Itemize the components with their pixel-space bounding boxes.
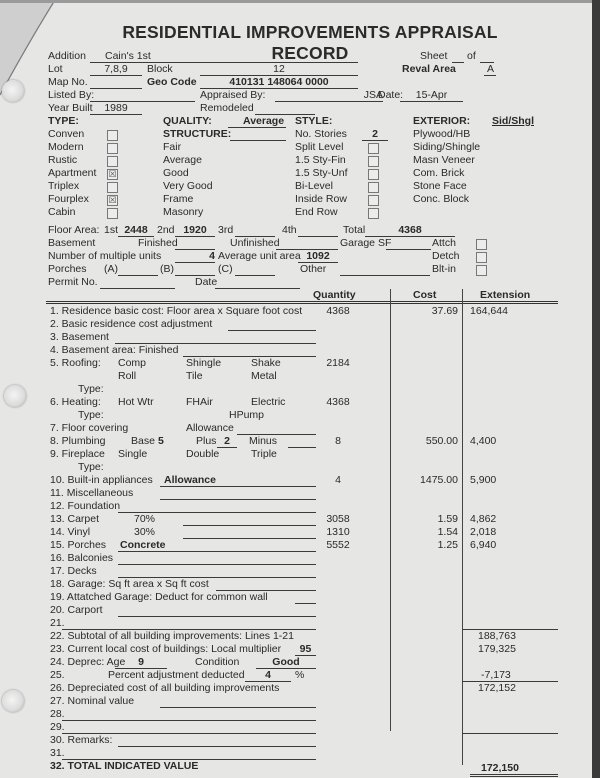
structure-masonry: Masonry — [163, 206, 203, 218]
line-13-quantity[interactable]: 3058 — [318, 513, 358, 525]
exterior-plywood: Plywood/HB — [413, 128, 470, 140]
first-floor-value[interactable]: 2448 — [118, 224, 154, 236]
plumbing-base-label: Base — [131, 435, 155, 447]
line-14-cost[interactable]: 1.54 — [400, 526, 458, 538]
line-6-quantity[interactable]: 4368 — [318, 396, 358, 408]
detch-label: Detch — [432, 250, 459, 262]
line-14-extension: 2,018 — [470, 526, 496, 538]
line-14-label: 14. Vinyl — [50, 526, 90, 538]
line-26-extension: 172,152 — [478, 682, 516, 694]
punch-hole-icon — [4, 385, 26, 407]
line-30-label: 30. Remarks: — [50, 734, 112, 746]
type-rustic-label: Rustic — [48, 154, 77, 166]
addition-label: Addition — [48, 50, 86, 62]
structure-frame: Frame — [163, 193, 193, 205]
third-floor-label: 3rd — [218, 224, 233, 236]
quality-average: Average — [163, 154, 202, 166]
sty-unf-checkbox[interactable] — [368, 169, 379, 180]
block-label: Block — [147, 63, 173, 75]
line-8-label: 8. Plumbing — [50, 435, 105, 447]
line-1-extension: 164,644 — [470, 305, 508, 317]
line-21-label: 21. — [50, 617, 65, 629]
heat-electric: Electric — [251, 396, 285, 408]
exterior-value[interactable]: Sid/Shgl — [492, 115, 534, 127]
type-apartment-checkbox[interactable]: ☒ — [107, 169, 118, 180]
percent-sign: % — [295, 669, 304, 681]
floor-allowance: Allowance — [186, 422, 234, 434]
type-apartment-label: Apartment — [48, 167, 96, 179]
plumbing-plus-label: Plus — [196, 435, 216, 447]
second-floor-label: 2nd — [157, 224, 175, 236]
line-25-label: 25. — [50, 669, 65, 681]
bltin-checkbox[interactable] — [476, 265, 487, 276]
exterior-masn-veneer: Masn Veneer — [413, 154, 475, 166]
avg-unit-label: Average unit area — [218, 250, 301, 262]
roof-tile: Tile — [186, 370, 203, 382]
geo-code-value[interactable]: 410131 148064 0000 — [200, 76, 358, 88]
condition-label: Condition — [195, 656, 239, 668]
line-28-label: 28. — [50, 708, 65, 720]
finished-label: Finished — [138, 237, 178, 249]
local-multiplier-value[interactable]: 95 — [295, 643, 316, 655]
line-10-extension: 5,900 — [470, 474, 496, 486]
style-15-unf: 1.5 Sty-Unf — [295, 167, 348, 179]
type-cabin-label: Cabin — [48, 206, 75, 218]
roof-shake: Shake — [251, 357, 281, 369]
line-29-label: 29. — [50, 721, 65, 733]
appraisal-form-page: RESIDENTIAL IMPROVEMENTS APPRAISAL RECOR… — [0, 0, 592, 778]
line-17-label: 17. Decks — [50, 565, 97, 577]
quality-value[interactable]: Average — [243, 115, 284, 127]
avg-unit-value[interactable]: 1092 — [298, 250, 338, 262]
quality-label: QUALITY: — [163, 115, 212, 127]
roof-roll: Roll — [118, 370, 136, 382]
year-built-label: Year Built — [48, 102, 93, 114]
type-cabin-checkbox[interactable] — [107, 208, 118, 219]
second-floor-value[interactable]: 1920 — [175, 224, 215, 236]
lot-value[interactable]: 7,8,9 — [90, 63, 142, 75]
extension-header: Extension — [480, 289, 530, 301]
sheet-label: Sheet — [420, 50, 447, 62]
floor-area-label: Floor Area: — [48, 224, 99, 236]
line-15-extension: 6,940 — [470, 539, 496, 551]
total-indicated-value: 172,150 — [481, 762, 519, 774]
end-row-checkbox[interactable] — [368, 208, 379, 219]
remodeled-label: Remodeled — [200, 102, 254, 114]
permit-label: Permit No. — [48, 276, 98, 288]
exterior-conc-block: Conc. Block — [413, 193, 469, 205]
line-13-extension: 4,862 — [470, 513, 496, 525]
type-modern-checkbox[interactable] — [107, 143, 118, 154]
heat-type-label: Type: — [78, 409, 104, 421]
total-floor-value[interactable]: 4368 — [365, 224, 455, 236]
addition-value[interactable]: Cain's 1st — [105, 50, 151, 62]
line-15-quantity[interactable]: 5552 — [318, 539, 358, 551]
style-label: STYLE: — [295, 115, 332, 127]
style-bi-level: Bi-Level — [295, 180, 333, 192]
style-split-level: Split Level — [295, 141, 343, 153]
line-5-quantity[interactable]: 2184 — [318, 357, 358, 369]
roof-type-label: Type: — [78, 383, 104, 395]
line-18-label: 18. Garage: Sq ft area x Sq ft cost — [50, 578, 209, 590]
type-fourplex-checkbox[interactable]: ☒ — [107, 195, 118, 206]
line-8-cost[interactable]: 550.00 — [400, 435, 458, 447]
heat-hotwtr: Hot Wtr — [118, 396, 154, 408]
style-15-fin: 1.5 Sty-Fin — [295, 154, 346, 166]
deprec-age-value[interactable]: 9 — [115, 656, 167, 668]
type-triplex-label: Triplex — [48, 180, 79, 192]
line-23-label: 23. Current local cost of buildings: Loc… — [50, 643, 281, 655]
line-27-label: 27. Nominal value — [50, 695, 134, 707]
line-15-value[interactable]: Concrete — [120, 539, 166, 551]
porches-label: Porches — [48, 263, 87, 275]
line-5-label: 5. Roofing: — [50, 357, 101, 369]
attch-checkbox[interactable] — [476, 239, 487, 250]
reval-area-label: Reval Area — [402, 63, 456, 75]
total-floor-label: Total — [343, 224, 365, 236]
roof-comp: Comp — [118, 357, 146, 369]
block-value[interactable]: 12 — [200, 63, 358, 75]
lot-label: Lot — [48, 63, 63, 75]
vinyl-percent: 30% — [134, 526, 155, 538]
form-title: RESIDENTIAL IMPROVEMENTS APPRAISAL RECOR… — [100, 22, 520, 64]
reval-area-value[interactable]: A — [487, 63, 494, 75]
exterior-siding: Siding/Shingle — [413, 141, 480, 153]
plumbing-plus-value[interactable]: 2 — [217, 435, 237, 447]
line-15-label: 15. Porches — [50, 539, 106, 551]
line-13-cost[interactable]: 1.59 — [400, 513, 458, 525]
condition-value[interactable]: Good — [256, 656, 316, 668]
porch-b-label: (B) — [160, 263, 174, 275]
fireplace-single: Single — [118, 448, 147, 460]
year-built-value[interactable]: 1989 — [90, 102, 142, 114]
line-22-label: 22. Subtotal of all building improvement… — [50, 630, 294, 642]
type-modern-label: Modern — [48, 141, 84, 153]
map-no-label: Map No. — [48, 76, 88, 88]
line-15-cost[interactable]: 1.25 — [400, 539, 458, 551]
other-label: Other — [300, 263, 326, 275]
line-9-label: 9. Fireplace — [50, 448, 105, 460]
of-label: of — [467, 50, 476, 62]
line-7-label: 7. Floor covering — [50, 422, 128, 434]
line-19-label: 19. Attatched Garage: Deduct for common … — [50, 591, 268, 603]
line-11-label: 11. Miscellaneous — [50, 487, 133, 499]
plumbing-base-value[interactable]: 5 — [158, 435, 164, 447]
exterior-com-brick: Com. Brick — [413, 167, 464, 179]
carpet-percent: 70% — [134, 513, 155, 525]
line-10-cost[interactable]: 1475.00 — [400, 474, 458, 486]
attch-label: Attch — [432, 237, 456, 249]
heat-hpump: HPump — [229, 409, 264, 421]
geo-code-label: Geo Code — [147, 76, 197, 88]
appraised-by-label: Appraised By: — [200, 89, 265, 101]
percent-adjustment-label: Percent adjustment deducted — [108, 669, 245, 681]
permit-date-label: Date — [195, 276, 217, 288]
exterior-label: EXTERIOR: — [413, 115, 470, 127]
line-10-quantity[interactable]: 4 — [318, 474, 358, 486]
line-8-quantity[interactable]: 8 — [318, 435, 358, 447]
type-conven-checkbox[interactable] — [107, 130, 118, 141]
first-floor-label: 1st — [104, 224, 118, 236]
line-23-extension: 179,325 — [478, 643, 516, 655]
quantity-header: Quantity — [313, 289, 356, 301]
porch-c-label: (C) — [218, 263, 233, 275]
quality-good: Good — [163, 167, 189, 179]
line-20-label: 20. Carport — [50, 604, 103, 616]
basement-label: Basement — [48, 237, 95, 249]
line-10-label: 10. Built-in appliances — [50, 474, 153, 486]
heat-fhair: FHAir — [186, 396, 213, 408]
line-8-extension: 4,400 — [470, 435, 496, 447]
line-31-label: 31. — [50, 747, 65, 759]
fourth-floor-label: 4th — [282, 224, 297, 236]
line-13-label: 13. Carpet — [50, 513, 99, 525]
line-3-label: 3. Basement — [50, 331, 109, 343]
stories-label: No. Stories — [295, 128, 347, 140]
line-1-label: 1. Residence basic cost: Floor area x Sq… — [50, 305, 302, 317]
sty-fin-checkbox[interactable] — [368, 156, 379, 167]
listed-by-label: Listed By: — [48, 89, 94, 101]
roof-metal: Metal — [251, 370, 277, 382]
line-25-extension: -7,173 — [481, 669, 511, 681]
fireplace-triple: Triple — [251, 448, 277, 460]
style-end-row: End Row — [295, 206, 338, 218]
bltin-label: Blt-in — [432, 263, 456, 275]
punch-hole-icon — [2, 80, 24, 102]
type-label: TYPE: — [48, 115, 79, 127]
structure-label: STRUCTURE: — [163, 128, 231, 140]
units-label: Number of multiple units — [48, 250, 161, 262]
line-32-label: 32. TOTAL INDICATED VALUE — [50, 760, 198, 772]
roof-shingle: Shingle — [186, 357, 221, 369]
type-fourplex-label: Fourplex — [48, 193, 89, 205]
style-inside-row: Inside Row — [295, 193, 347, 205]
page-top-edge — [0, 0, 600, 3]
unfinished-label: Unfinished — [230, 237, 280, 249]
punch-hole-icon — [2, 690, 24, 712]
split-level-checkbox[interactable] — [368, 143, 379, 154]
date-value[interactable]: 15-Apr — [400, 89, 463, 101]
inside-row-checkbox[interactable] — [368, 195, 379, 206]
line-12-label: 12. Foundation — [50, 500, 120, 512]
quality-fair: Fair — [163, 141, 181, 153]
fireplace-type-label: Type: — [78, 461, 104, 473]
type-triplex-checkbox[interactable] — [107, 182, 118, 193]
line-1-quantity[interactable]: 4368 — [318, 305, 358, 317]
plumbing-minus-label: Minus — [249, 435, 277, 447]
garage-sf-label: Garage SF — [340, 237, 391, 249]
line-6-label: 6. Heating: — [50, 396, 101, 408]
exterior-stone-face: Stone Face — [413, 180, 467, 192]
detch-checkbox[interactable] — [476, 252, 487, 263]
cost-header: Cost — [413, 289, 436, 301]
stories-value[interactable]: 2 — [362, 128, 388, 140]
line-14-quantity[interactable]: 1310 — [318, 526, 358, 538]
quality-very-good: Very Good — [163, 180, 213, 192]
line-16-label: 16. Balconies — [50, 552, 113, 564]
bi-level-checkbox[interactable] — [368, 182, 379, 193]
fireplace-double: Double — [186, 448, 219, 460]
type-conven-label: Conven — [48, 128, 84, 140]
appraised-by-value[interactable]: JSA — [275, 89, 383, 101]
line-2-label: 2. Basic residence cost adjustment — [50, 318, 212, 330]
page-right-edge — [592, 0, 600, 778]
line-1-cost[interactable]: 37.69 — [410, 305, 458, 317]
line-26-label: 26. Depreciated cost of all building imp… — [50, 682, 279, 694]
units-value[interactable]: 4 — [175, 250, 215, 262]
porch-a-label: (A) — [104, 263, 118, 275]
percent-adjustment-value[interactable]: 4 — [245, 669, 291, 681]
line-22-extension: 188,763 — [478, 630, 516, 642]
line-4-label: 4. Basement area: Finished — [50, 344, 178, 356]
line-10-value[interactable]: Allowance — [164, 474, 216, 486]
type-rustic-checkbox[interactable] — [107, 156, 118, 167]
